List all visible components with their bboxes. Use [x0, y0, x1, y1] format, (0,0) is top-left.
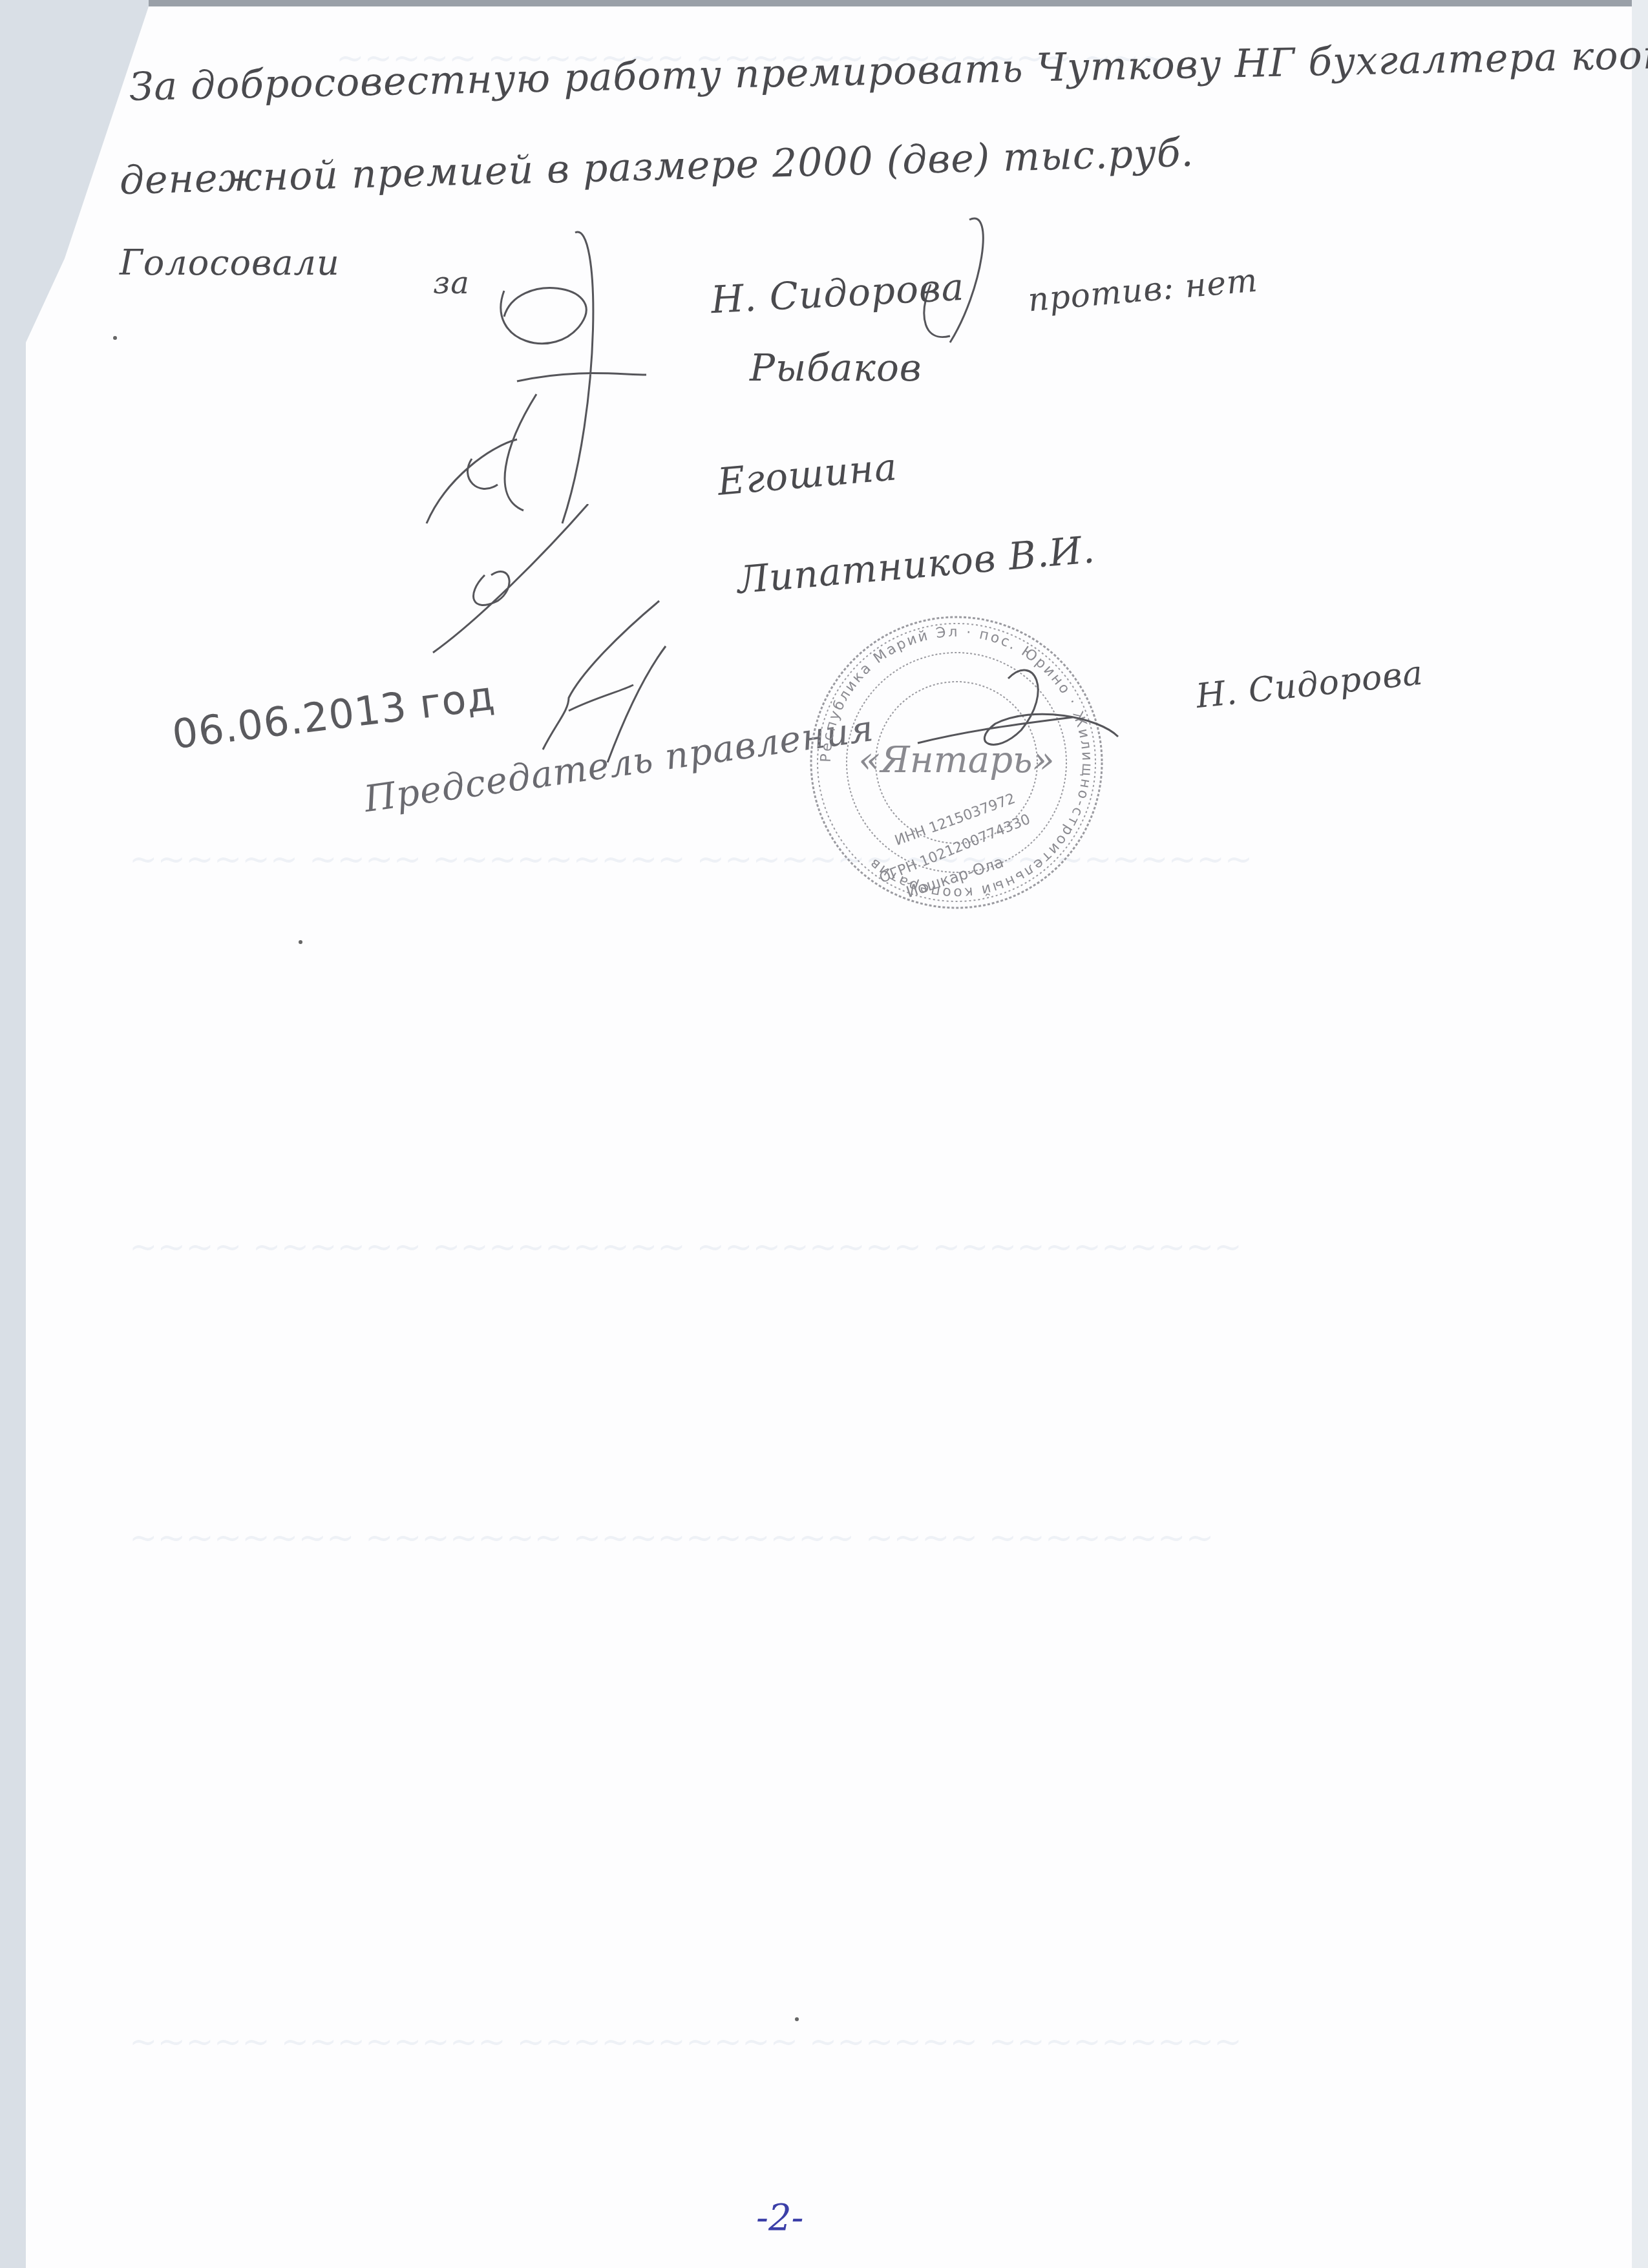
- speck: [299, 940, 302, 944]
- vote-for-label: за: [433, 265, 470, 301]
- signatory-name: Рыбаков: [750, 346, 922, 390]
- bleed-through-text: ~~~~~~~~ ~~~~~~~ ~~~~~~~~~~ ~~~~ ~~~~~~~…: [129, 1518, 1214, 1557]
- vote-label: Голосовали: [120, 242, 340, 283]
- speck: [795, 2017, 799, 2021]
- paper-top-edge: [149, 0, 1635, 6]
- speck: [113, 336, 117, 340]
- scanned-page: ~~~~~ ~~~~~~~ ~~~~~~ ~~~~~~~ ~~~ ~~~~~~ …: [0, 0, 1648, 2268]
- bleed-through-text: ~~~~~ ~~~~~~~~ ~~~~~~~~~~ ~~~~~~ ~~~~~~~…: [129, 2022, 1242, 2061]
- chairman-signature: [905, 653, 1150, 782]
- bleed-through-text: ~~~~ ~~~~~~ ~~~~~~~~~ ~~~~~~~~ ~~~~~~~~~…: [129, 1228, 1242, 1266]
- scanner-margin: [1632, 0, 1648, 2268]
- page-number: -2-: [756, 2197, 803, 2239]
